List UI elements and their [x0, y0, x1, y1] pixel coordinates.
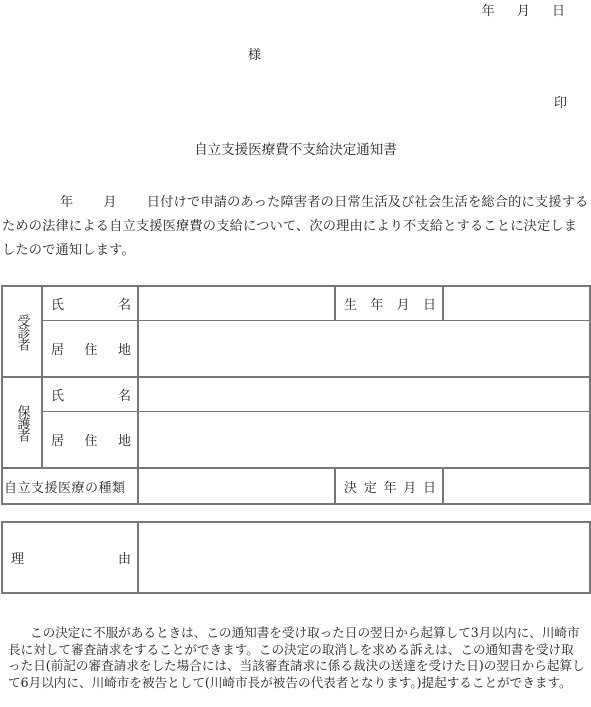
guardian-address-field[interactable]	[139, 412, 589, 467]
document-title: 自立支援医療費不支給決定通知書	[0, 138, 591, 158]
patient-birthdate-field[interactable]	[444, 287, 589, 320]
medical-type-field[interactable]	[139, 469, 334, 503]
guardian-name-label: 氏名	[43, 378, 137, 411]
intro-month: 月	[103, 195, 116, 210]
date-year-label: 年	[482, 0, 495, 19]
patient-name-field[interactable]	[139, 287, 334, 320]
medical-type-label: 自立支援医療の種類	[4, 469, 138, 503]
decision-date-field[interactable]	[444, 469, 589, 503]
guardian-group-label: 保護者	[3, 378, 41, 467]
patient-address-field[interactable]	[139, 321, 589, 376]
intro-paragraph: 年月日付けで申請のあった障害者の日常生活及び社会生活を総合的に支援するための法律…	[2, 191, 590, 263]
reason-label: 理由	[3, 523, 137, 592]
patient-name-label: 氏名	[43, 287, 137, 320]
date-month-label: 月	[517, 0, 530, 19]
appeal-notice: この決定に不服があるときは、この通知書を受け取った日の翌日から起算して3月以内に…	[8, 625, 586, 691]
appeal-notice-text: この決定に不服があるときは、この通知書を受け取った日の翌日から起算して3月以内に…	[8, 625, 585, 690]
reason-field[interactable]	[139, 523, 589, 592]
seal-mark: 印	[554, 92, 567, 111]
patient-group-label: 受診者	[3, 287, 41, 377]
patient-address-label: 居住地	[43, 321, 137, 376]
intro-year: 年	[60, 195, 73, 210]
date-day-label: 日	[552, 0, 565, 19]
issue-date: 年 月 日	[464, 0, 565, 19]
guardian-address-label: 居住地	[43, 412, 137, 467]
decision-date-label: 決定年月日	[336, 469, 442, 503]
guardian-name-field[interactable]	[139, 378, 589, 411]
addressee-suffix: 様	[248, 44, 261, 63]
patient-birthdate-label: 生年月日	[336, 287, 442, 320]
intro-text: 日付けで申請のあった障害者の日常生活及び社会生活を総合的に支援するための法律によ…	[2, 195, 588, 258]
